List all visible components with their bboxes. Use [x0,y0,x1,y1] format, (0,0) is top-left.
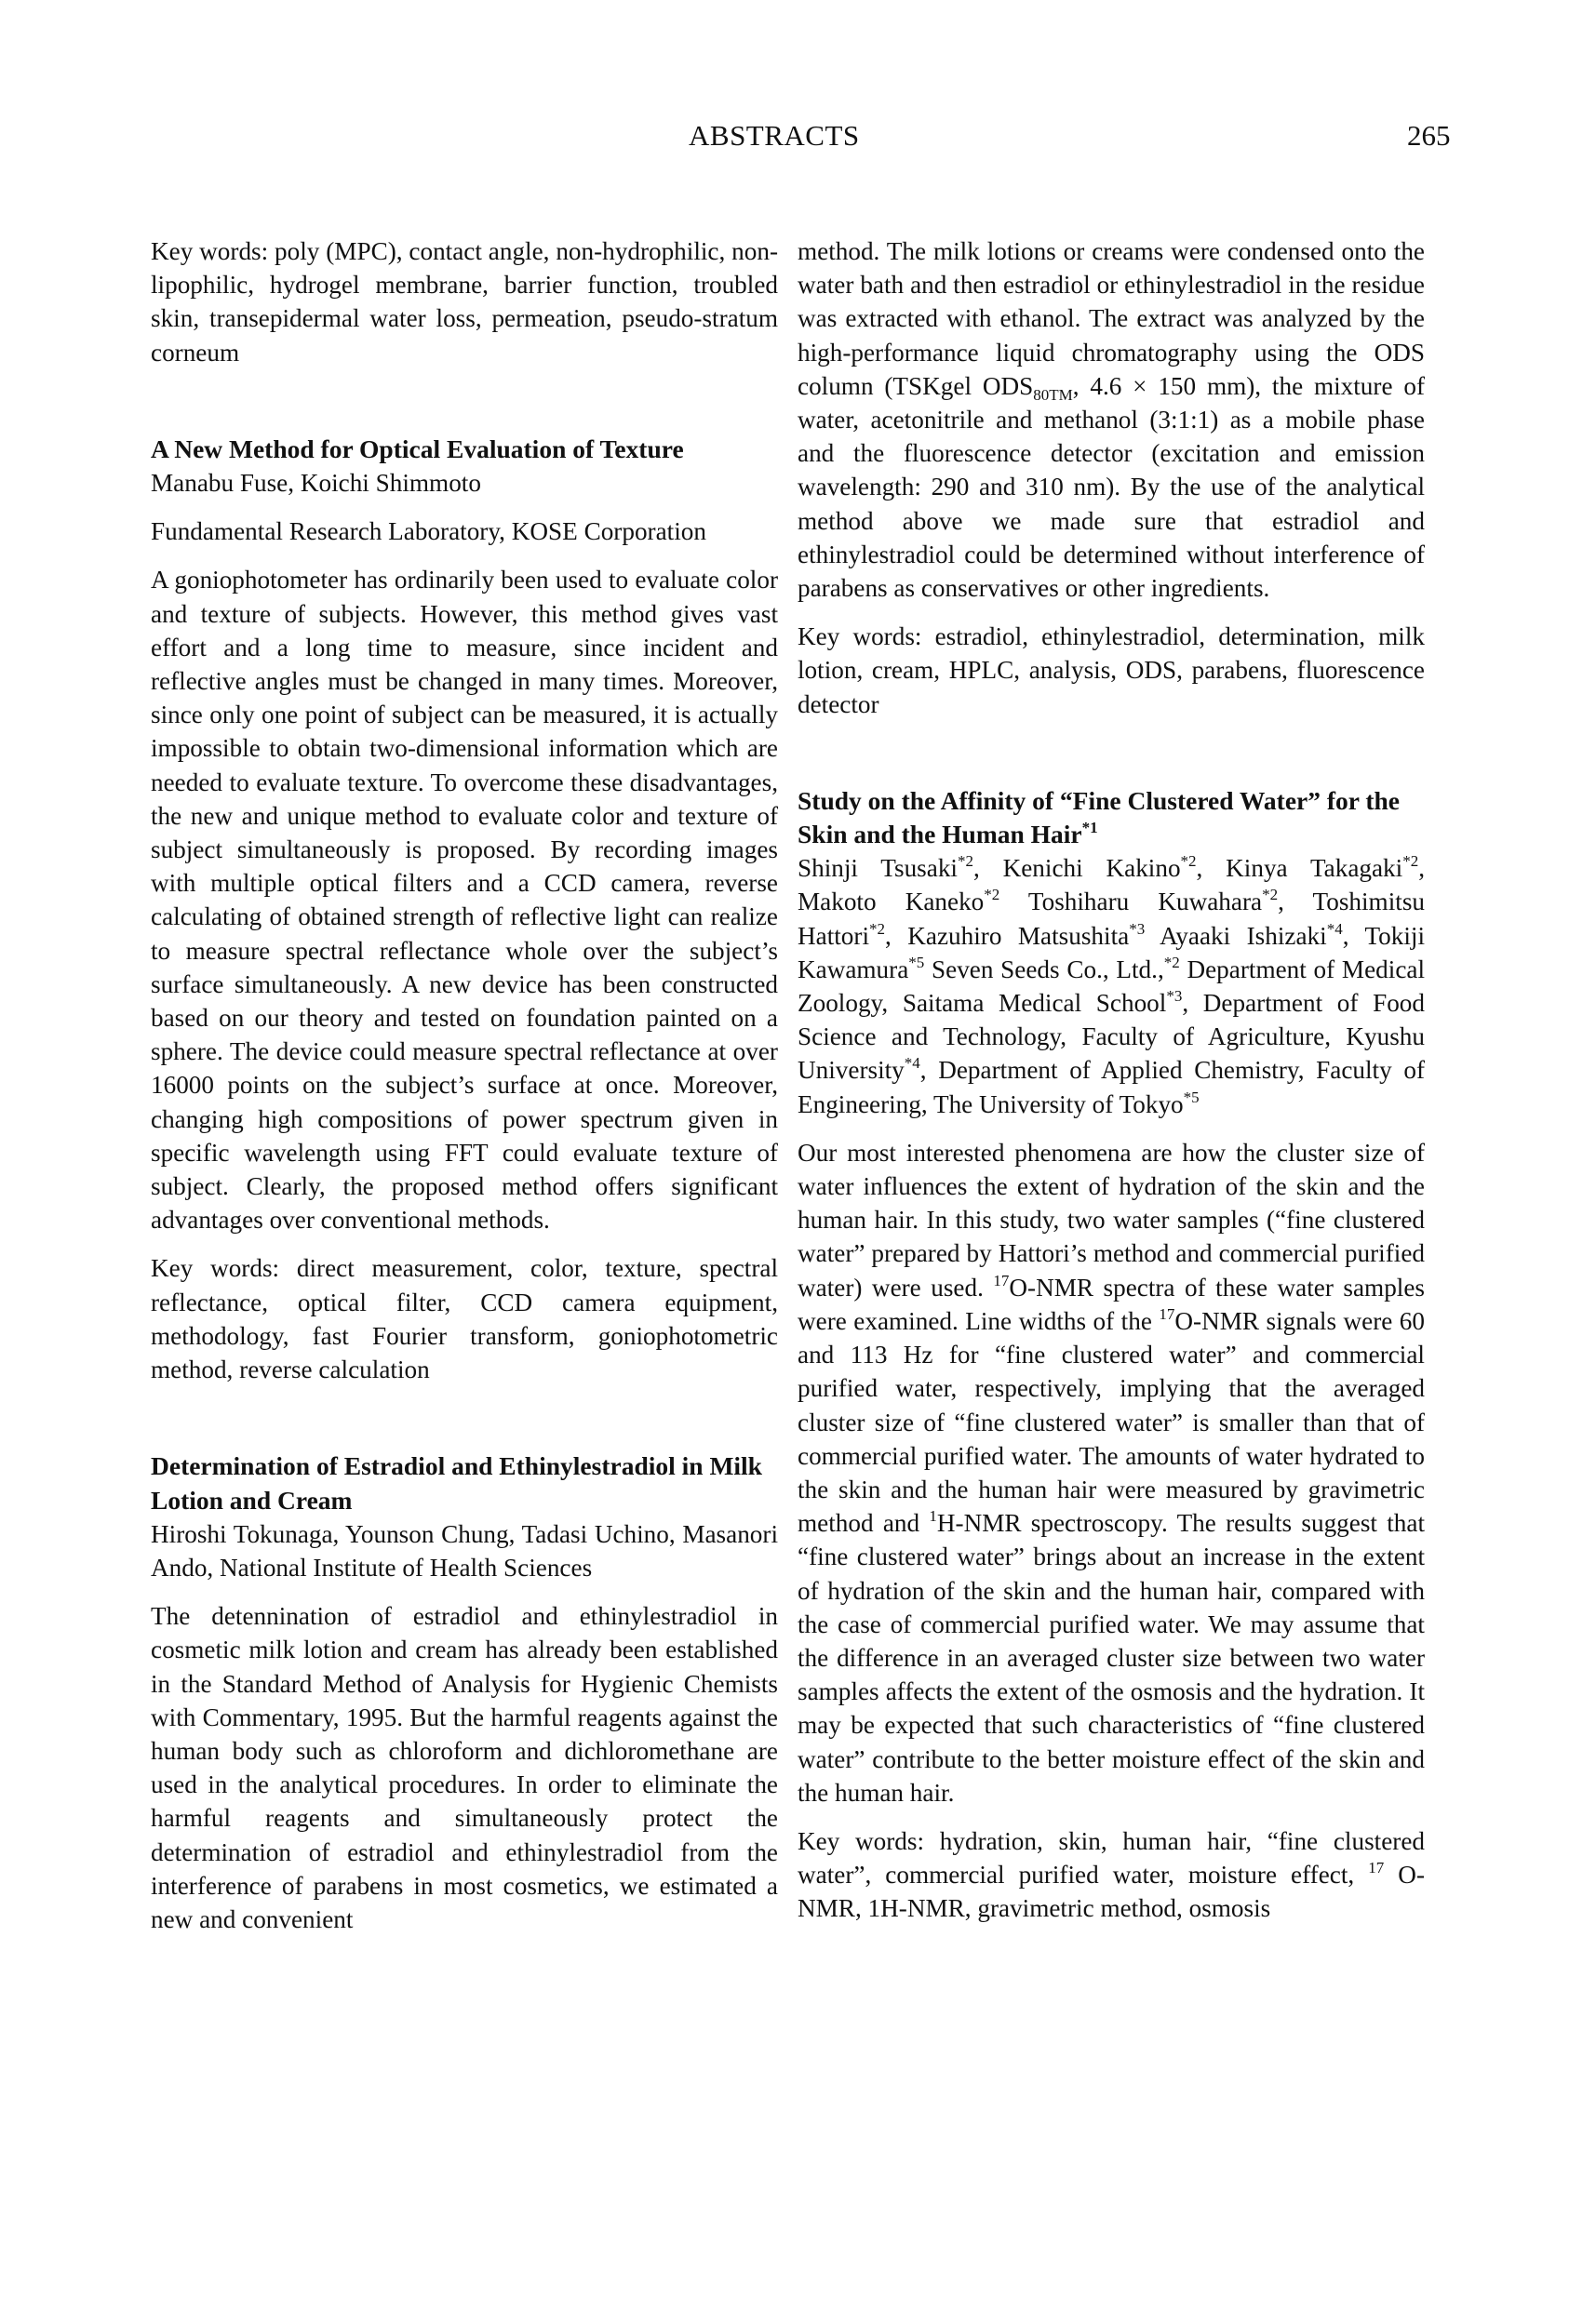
article-estradiol-continued: method. The milk lotions or creams were … [798,234,1425,721]
article-abstract: A goniophotometer has ordinarily been us… [151,563,778,1236]
article-estradiol: Determination of Estradiol and Ethinyles… [151,1449,778,1936]
article-keywords: Key words: direct measurement, color, te… [151,1251,778,1386]
article-title: Study on the Affinity of “Fine Clustered… [798,784,1425,851]
right-column: method. The milk lotions or creams were … [798,234,1425,1926]
article-authors: Manabu Fuse, Koichi Shimmoto [151,466,778,500]
previous-article-keywords: Key words: poly (MPC), contact angle, no… [151,234,778,369]
subscript: 80TM [1033,386,1073,404]
running-title: ABSTRACTS [689,119,860,153]
article-keywords: Key words: estradiol, ethinylestradiol, … [798,620,1425,721]
article-optical-texture: A New Method for Optical Evaluation of T… [151,433,778,1386]
article-title: A New Method for Optical Evaluation of T… [151,433,778,466]
article-authors: Hiroshi Tokunaga, Younson Chung, Tadasi … [151,1517,778,1584]
article-title: Determination of Estradiol and Ethinyles… [151,1449,778,1516]
article-authors-affiliations: Shinji Tsusaki*2, Kenichi Kakino*2, Kiny… [798,851,1425,1121]
footnote-mark: *1 [1082,819,1098,836]
left-column: Key words: poly (MPC), contact angle, no… [151,234,778,1936]
page-header: ABSTRACTS 265 [0,119,1569,156]
article-keywords: Key words: hydration, skin, human hair, … [798,1824,1425,1926]
article-fine-clustered-water: Study on the Affinity of “Fine Clustered… [798,784,1425,1926]
article-abstract: Our most interested phenomena are how th… [798,1136,1425,1810]
article-abstract-part1: The detennination of estradiol and ethin… [151,1599,778,1936]
page-number: 265 [1407,119,1451,153]
article-affiliation: Fundamental Research Laboratory, KOSE Co… [151,514,778,548]
article-abstract-part2: method. The milk lotions or creams were … [798,234,1425,605]
